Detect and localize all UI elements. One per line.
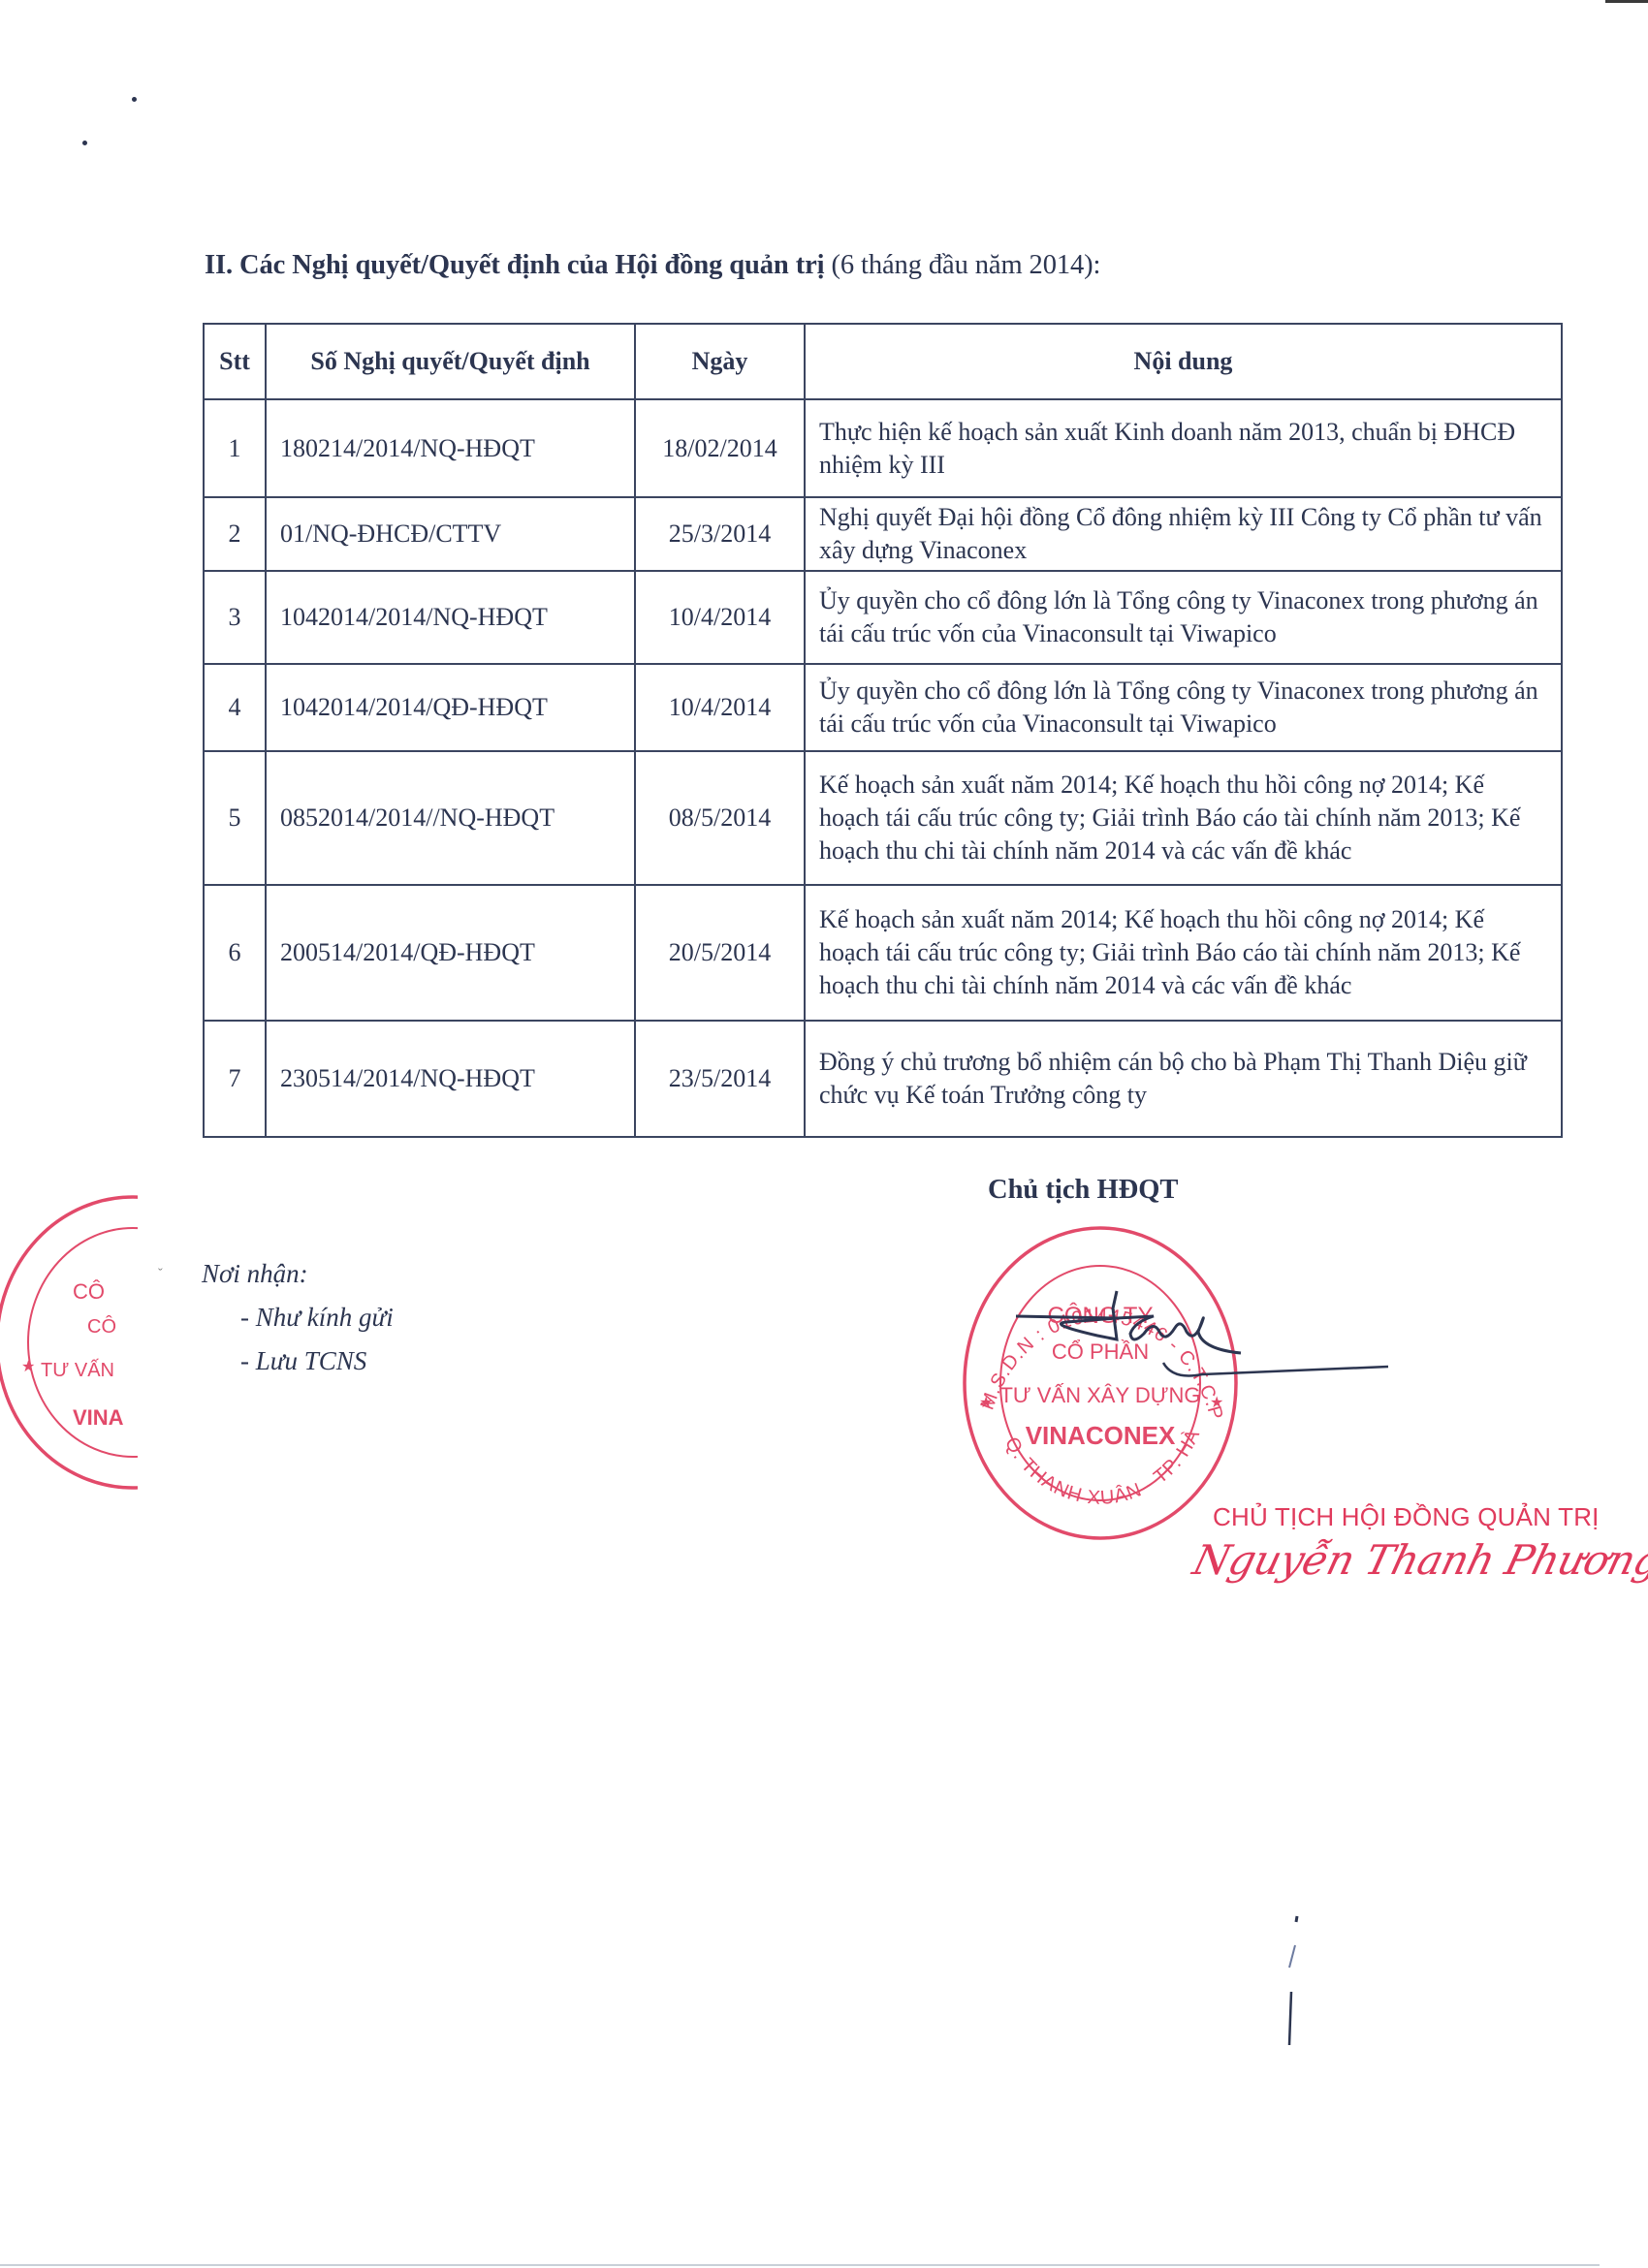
cell-number: 180214/2014/NQ-HĐQT xyxy=(266,399,635,497)
table-row: 7 230514/2014/NQ-HĐQT 23/5/2014 Đồng ý c… xyxy=(204,1021,1562,1137)
handwritten-signature xyxy=(1008,1289,1415,1405)
cell-content: Ủy quyền cho cổ đông lớn là Tổng công ty… xyxy=(805,571,1562,664)
recipients-block: ˇ Nơi nhận: - Như kính gửi - Lưu TCNS xyxy=(202,1252,394,1383)
cell-date: 23/5/2014 xyxy=(635,1021,805,1137)
cell-stt: 6 xyxy=(204,885,266,1021)
table-row: 3 1042014/2014/NQ-HĐQT 10/4/2014 Ủy quyề… xyxy=(204,571,1562,664)
cell-stt: 2 xyxy=(204,497,266,571)
cell-number: 200514/2014/QĐ-HĐQT xyxy=(266,885,635,1021)
header-number: Số Nghị quyết/Quyết định xyxy=(266,324,635,399)
signature-stamp-name: Nguyễn Thanh Phương xyxy=(1188,1536,1648,1584)
table-row: 6 200514/2014/QĐ-HĐQT 20/5/2014 Kế hoạch… xyxy=(204,885,1562,1021)
cell-content: Kế hoạch sản xuất năm 2014; Kế hoạch thu… xyxy=(805,751,1562,885)
resolutions-table: Stt Số Nghị quyết/Quyết định Ngày Nội du… xyxy=(203,323,1563,1138)
cell-date: 08/5/2014 xyxy=(635,751,805,885)
cell-number: 1042014/2014/NQ-HĐQT xyxy=(266,571,635,664)
table-row: 5 0852014/2014//NQ-HĐQT 08/5/2014 Kế hoạ… xyxy=(204,751,1562,885)
cell-content: Nghị quyết Đại hội đồng Cổ đông nhiệm kỳ… xyxy=(805,497,1562,571)
recipients-label: Nơi nhận: xyxy=(202,1252,394,1296)
partial-company-stamp: CÔ CÔ TƯ VẤN VINA ★ xyxy=(0,1192,138,1493)
scan-mark: ˇ xyxy=(158,1252,163,1296)
svg-text:★: ★ xyxy=(979,1395,993,1411)
table-row: 2 01/NQ-ĐHCĐ/CTTV 25/3/2014 Nghị quyết Đ… xyxy=(204,497,1562,571)
section-title: II. Các Nghị quyết/Quyết định của Hội đồ… xyxy=(205,250,1100,281)
signature-stamp-title: CHỦ TỊCH HỘI ĐỒNG QUẢN TRỊ xyxy=(1213,1502,1600,1532)
cell-stt: 1 xyxy=(204,399,266,497)
svg-text:CÔ: CÔ xyxy=(73,1279,105,1304)
recipient-item: - Lưu TCNS xyxy=(202,1339,394,1383)
cell-stt: 5 xyxy=(204,751,266,885)
svg-text:TƯ VẤN: TƯ VẤN xyxy=(41,1359,114,1381)
section-title-period: (6 tháng đầu năm 2014): xyxy=(824,250,1100,280)
cell-content: Đồng ý chủ trương bổ nhiệm cán bộ cho bà… xyxy=(805,1021,1562,1137)
svg-text:VINACONEX: VINACONEX xyxy=(1026,1421,1176,1450)
table-header-row: Stt Số Nghị quyết/Quyết định Ngày Nội du… xyxy=(204,324,1562,399)
scan-edge-artifact xyxy=(1605,0,1648,3)
scan-speck xyxy=(82,141,87,145)
cell-date: 18/02/2014 xyxy=(635,399,805,497)
cell-date: 20/5/2014 xyxy=(635,885,805,1021)
stamp-seal-icon: CÔ CÔ TƯ VẤN VINA ★ xyxy=(0,1192,138,1493)
scan-bottom-edge xyxy=(0,2264,1600,2266)
scan-speck xyxy=(132,97,137,102)
cell-stt: 4 xyxy=(204,664,266,751)
svg-text:★: ★ xyxy=(21,1359,35,1375)
cell-number: 230514/2014/NQ-HĐQT xyxy=(266,1021,635,1137)
svg-text:VINA: VINA xyxy=(73,1405,124,1430)
header-date: Ngày xyxy=(635,324,805,399)
cell-number: 0852014/2014//NQ-HĐQT xyxy=(266,751,635,885)
cell-content: Kế hoạch sản xuất năm 2014; Kế hoạch thu… xyxy=(805,885,1562,1021)
cell-date: 10/4/2014 xyxy=(635,571,805,664)
cell-number: 1042014/2014/QĐ-HĐQT xyxy=(266,664,635,751)
recipient-item: - Như kính gửi xyxy=(202,1296,394,1339)
cell-date: 10/4/2014 xyxy=(635,664,805,751)
cell-content: Ủy quyền cho cổ đông lớn là Tổng công ty… xyxy=(805,664,1562,751)
cell-stt: 3 xyxy=(204,571,266,664)
svg-text:CÔ: CÔ xyxy=(87,1315,116,1338)
table-row: 4 1042014/2014/QĐ-HĐQT 10/4/2014 Ủy quyề… xyxy=(204,664,1562,751)
section-title-bold: II. Các Nghị quyết/Quyết định của Hội đồ… xyxy=(205,250,824,280)
pen-mark xyxy=(1280,1914,1318,2060)
header-content: Nội dung xyxy=(805,324,1562,399)
cell-stt: 7 xyxy=(204,1021,266,1137)
table-row: 1 180214/2014/NQ-HĐQT 18/02/2014 Thực hi… xyxy=(204,399,1562,497)
header-stt: Stt xyxy=(204,324,266,399)
cell-content: Thực hiện kế hoạch sản xuất Kinh doanh n… xyxy=(805,399,1562,497)
cell-number: 01/NQ-ĐHCĐ/CTTV xyxy=(266,497,635,571)
cell-date: 25/3/2014 xyxy=(635,497,805,571)
chairman-label: Chủ tịch HĐQT xyxy=(988,1175,1178,1206)
